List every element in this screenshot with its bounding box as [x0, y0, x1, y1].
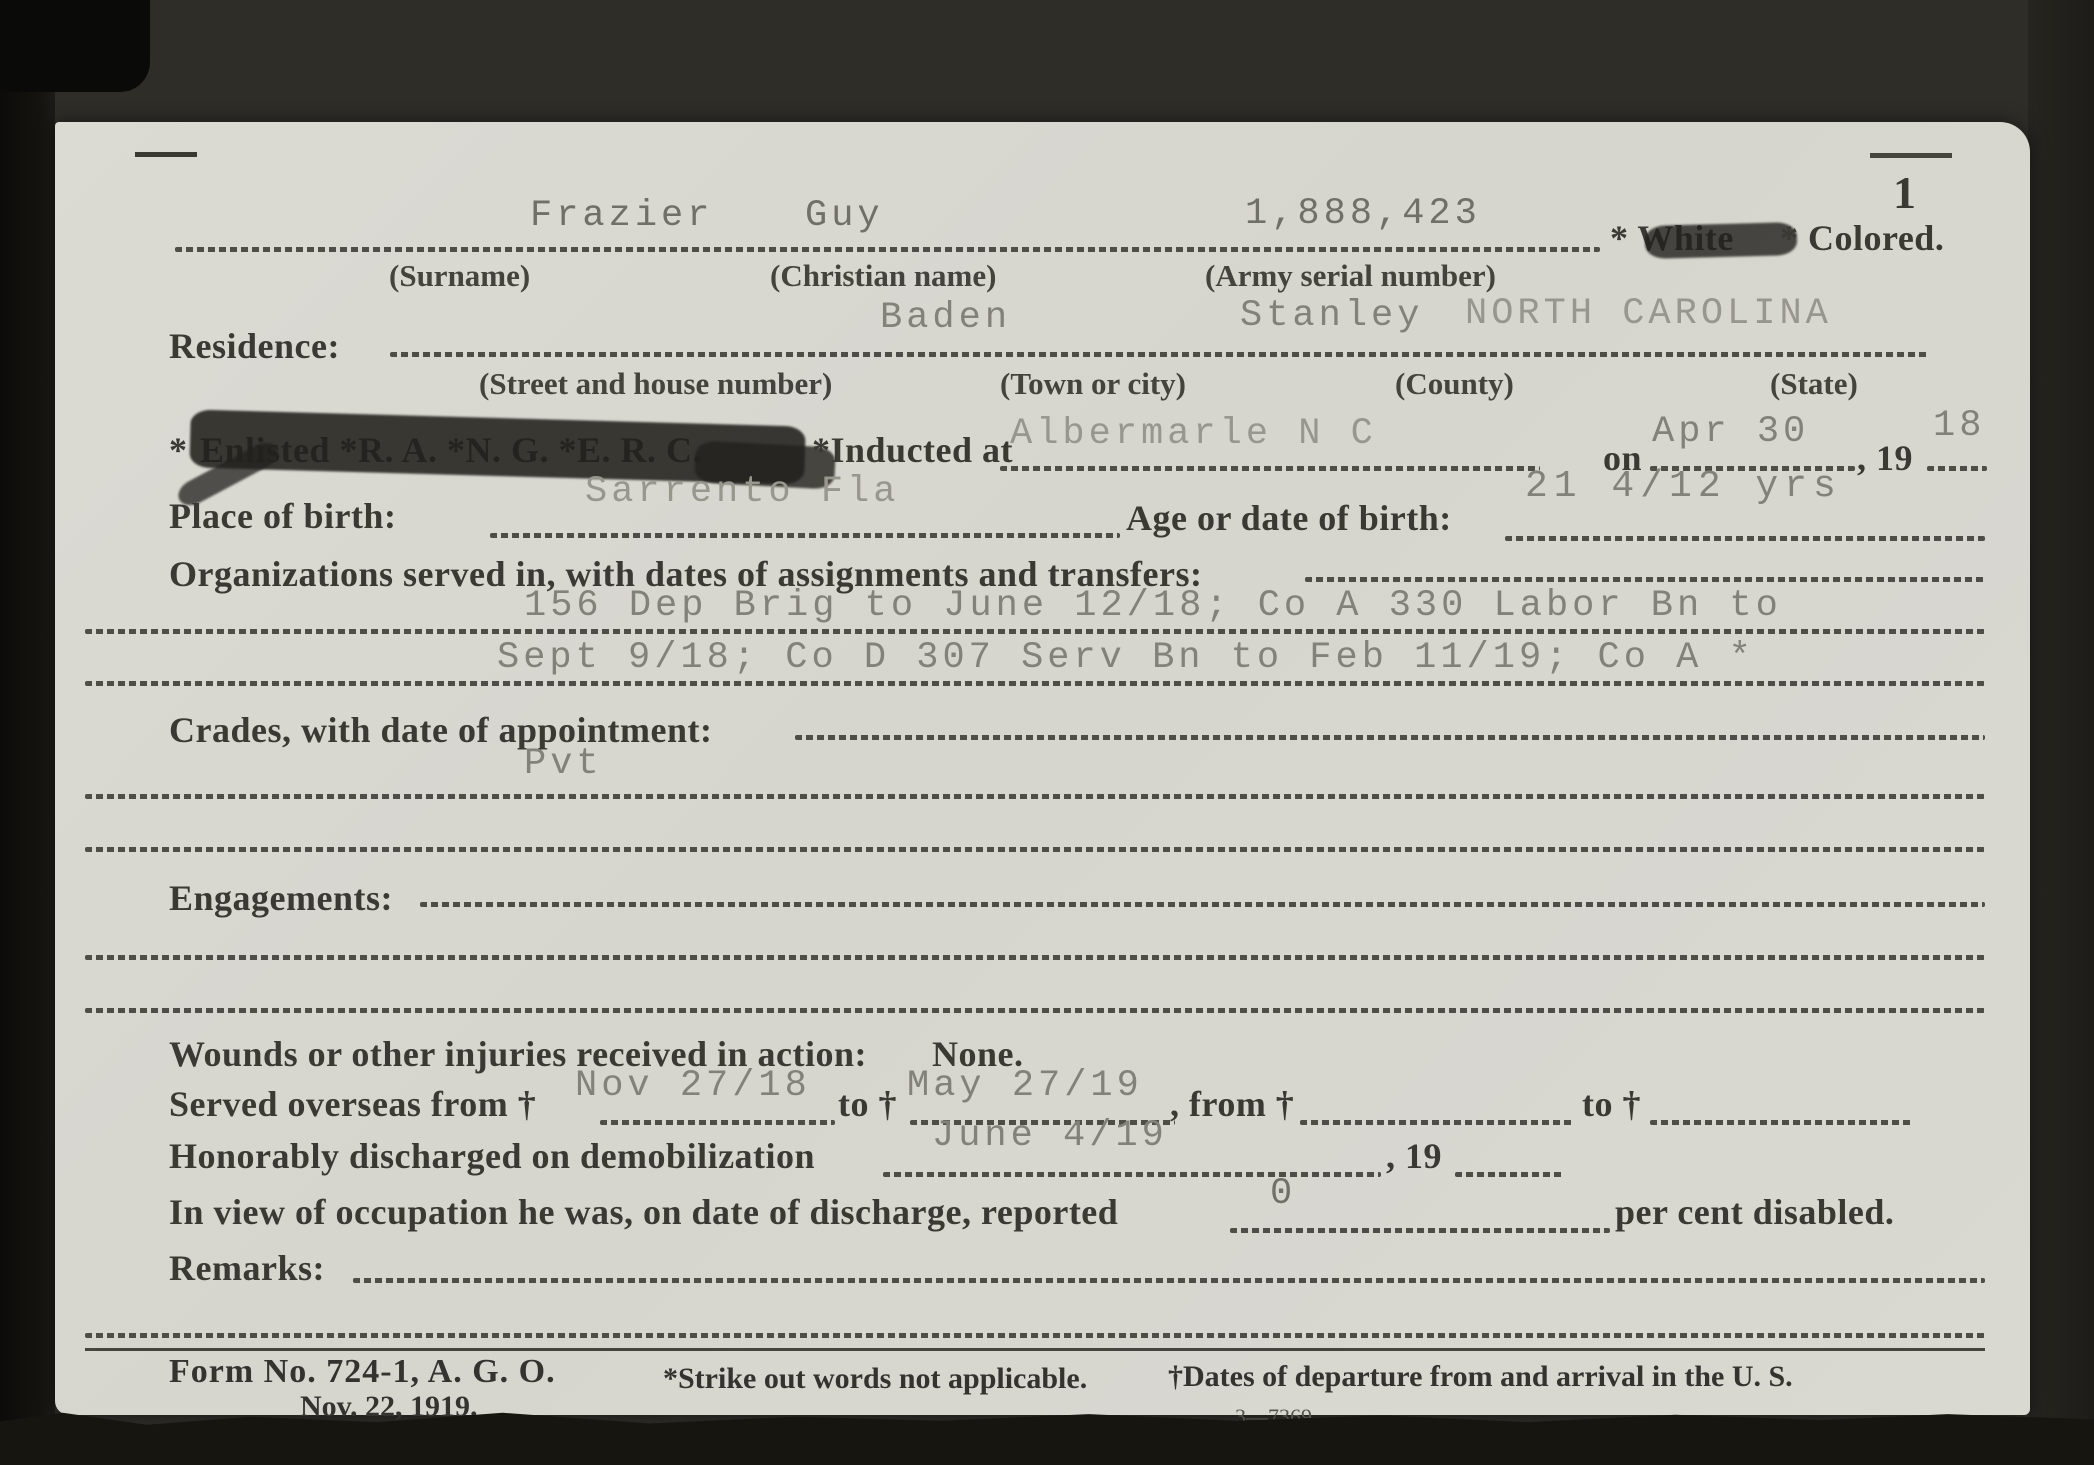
- grades-line-1: [85, 794, 1985, 799]
- dagger-note: †Dates of departure from and arrival in …: [1168, 1362, 1793, 1392]
- enlisted-star: *: [169, 432, 188, 468]
- overseas-line-4: [1650, 1120, 1912, 1125]
- place-of-birth-label: Place of birth:: [169, 498, 396, 534]
- surname-label: (Surname): [389, 260, 530, 291]
- strike-note: *Strike out words not applicable.: [663, 1364, 1087, 1394]
- surname-value: Frazier: [530, 198, 713, 235]
- discharge-date-value: June 4/19: [932, 1118, 1168, 1155]
- residence-town-value: Stanley: [1240, 298, 1423, 335]
- induction-place-value: Albermarle N C: [1010, 416, 1377, 453]
- remarks-line: [353, 1278, 1985, 1283]
- year-19-label: , 19: [1857, 440, 1913, 476]
- organizations-entry-2: Sept 9/18; Co D 307 Serv Bn to Feb 11/19…: [497, 640, 1755, 677]
- induction-year-value: 18: [1933, 408, 1985, 445]
- street-label: (Street and house number): [479, 368, 832, 399]
- overseas-to-value: May 27/19: [907, 1068, 1143, 1105]
- engagements-line-0: [420, 902, 1985, 907]
- residence-line: [390, 352, 1930, 357]
- organizations-line-0: [1305, 577, 1985, 582]
- organizations-line-2: [85, 681, 1985, 686]
- remarks-label: Remarks:: [169, 1250, 325, 1286]
- overseas-to2-label: to †: [1582, 1086, 1641, 1122]
- disability-value: 0: [1270, 1176, 1296, 1213]
- page-number-rule: [1870, 153, 1952, 158]
- name-line: [175, 247, 1600, 252]
- serial-number-label: (Army serial number): [1205, 260, 1496, 291]
- overseas-line-1: [600, 1120, 835, 1125]
- age-line: [1505, 536, 1985, 541]
- discharge-label: Honorably discharged on demobilization: [169, 1138, 815, 1174]
- disability-suffix: per cent disabled.: [1615, 1194, 1894, 1230]
- overseas-to-label: to †: [838, 1086, 897, 1122]
- scan-edge-left: [0, 0, 55, 1465]
- engagements-line-1: [85, 955, 1985, 960]
- overseas-from-label: Served overseas from †: [169, 1086, 536, 1122]
- organizations-line-1: [85, 629, 1985, 634]
- grades-label: Crades, with date of appointment:: [169, 712, 713, 748]
- white-strikeout-mark: [1645, 222, 1798, 259]
- residence-label: Residence:: [169, 328, 340, 364]
- serial-number-value: 1,888,423: [1245, 196, 1481, 233]
- engagements-label: Engagements:: [169, 880, 393, 916]
- christian-name-value: Guy: [805, 198, 884, 235]
- colored-option: * Colored.: [1780, 220, 1944, 256]
- induction-place-line: [1000, 466, 1540, 471]
- bottom-dotted-rule: [85, 1333, 1985, 1338]
- scan-edge-right: [2028, 0, 2094, 1465]
- page-number: 1: [1893, 170, 1917, 216]
- bottom-solid-rule: [85, 1348, 1985, 1351]
- pencil-dash: [135, 152, 197, 157]
- inducted-at-label: *Inducted at: [812, 432, 1013, 468]
- scan-corner-shadow: [0, 0, 150, 92]
- form-number: Form No. 724-1, A. G. O.: [169, 1355, 556, 1389]
- residence-street-value: Baden: [880, 300, 1011, 337]
- disability-line: [1230, 1228, 1610, 1233]
- discharge-year-label: , 19: [1386, 1138, 1442, 1174]
- overseas-from2-label: , from †: [1170, 1086, 1294, 1122]
- induction-year-line: [1927, 466, 1987, 471]
- discharge-year-line: [1455, 1172, 1565, 1177]
- induction-date-value: Apr 30: [1652, 414, 1809, 451]
- state-label: (State): [1770, 368, 1858, 399]
- county-label: (County): [1395, 368, 1514, 399]
- grades-line-2: [85, 847, 1985, 852]
- disability-label: In view of occupation he was, on date of…: [169, 1194, 1118, 1230]
- overseas-line-3: [1300, 1120, 1574, 1125]
- place-of-birth-value: Sarrento Fla: [585, 474, 899, 511]
- organizations-entry-1: 156 Dep Brig to June 12/18; Co A 330 Lab…: [524, 588, 1782, 625]
- discharge-line: [883, 1172, 1381, 1177]
- town-label: (Town or city): [1000, 368, 1186, 399]
- grades-line-0: [795, 735, 1985, 740]
- place-of-birth-line: [490, 533, 1120, 538]
- grades-value: Pvt: [524, 746, 603, 783]
- age-value: 21 4/12 yrs: [1525, 468, 1842, 506]
- overseas-from-value: Nov 27/18: [575, 1068, 811, 1105]
- residence-state-value: NORTH CAROLINA: [1465, 296, 1832, 333]
- service-record-card: 1 Frazier Guy 1,888,423 * White * Colore…: [55, 122, 2030, 1415]
- christian-name-label: (Christian name): [770, 260, 996, 291]
- engagements-line-2: [85, 1008, 1985, 1013]
- age-label: Age or date of birth:: [1126, 500, 1452, 536]
